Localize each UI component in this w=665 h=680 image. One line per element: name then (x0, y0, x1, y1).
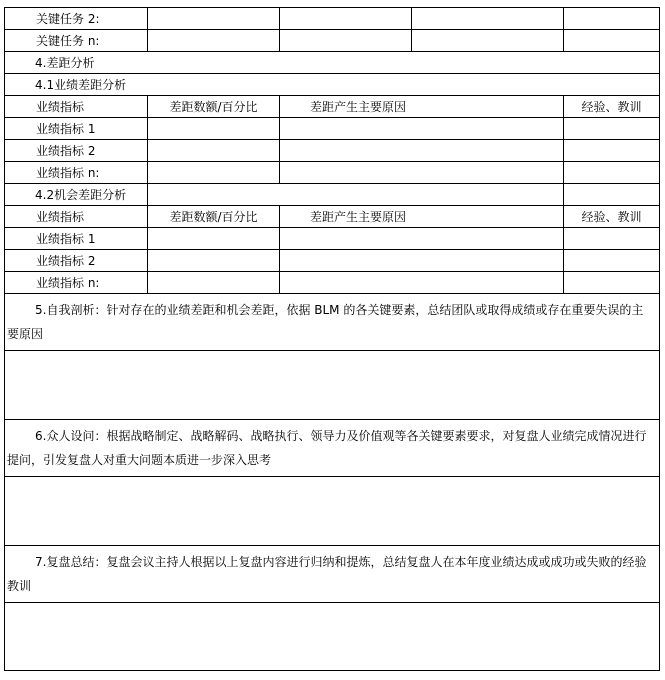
gap-reason-cell[interactable] (280, 118, 564, 140)
indicator-label: 业绩指标 1 (5, 118, 148, 140)
indicator-label: 业绩指标 n: (5, 272, 148, 294)
header-lessons: 经验、教训 (564, 96, 660, 118)
header-gap-amount: 差距数额/百分比 (148, 206, 280, 228)
header-indicator: 业绩指标 (5, 96, 148, 118)
subsection-heading-row: 4.1业绩差距分析 (5, 74, 660, 96)
table-row: 业绩指标 1 (5, 228, 660, 250)
table-row: 业绩指标 n: (5, 162, 660, 184)
key-task-label: 关键任务 n: (5, 30, 148, 52)
gap-amount-cell[interactable] (148, 272, 280, 294)
lessons-cell[interactable] (564, 250, 660, 272)
header-gap-reason: 差距产生主要原因 (280, 206, 564, 228)
gap-amount-cell[interactable] (148, 162, 280, 184)
table-header-row: 业绩指标 差距数额/百分比 差距产生主要原因 经验、教训 (5, 96, 660, 118)
section-6-row: 6.众人设问：根据战略制定、战略解码、战略执行、领导力及价值观等各关键要素要求，… (5, 420, 660, 477)
gap-amount-cell[interactable] (148, 228, 280, 250)
header-lessons: 经验、教训 (564, 206, 660, 228)
gap-reason-cell[interactable] (280, 228, 564, 250)
gap-reason-cell[interactable] (280, 140, 564, 162)
blank-cell (148, 184, 564, 206)
gap-amount-cell[interactable] (148, 250, 280, 272)
header-gap-amount: 差距数额/百分比 (148, 96, 280, 118)
section-7-prompt: 7.复盘总结：复盘会议主持人根据以上复盘内容进行归纳和提炼，总结复盘人在本年度业… (5, 546, 660, 603)
section-5-answer-row (5, 351, 660, 420)
section-heading-row: 4.差距分析 (5, 52, 660, 74)
subsection-heading-row: 4.2机会差距分析 (5, 184, 660, 206)
lessons-cell[interactable] (564, 272, 660, 294)
section-4-2-title: 4.2机会差距分析 (5, 184, 148, 206)
section-4-title: 4.差距分析 (5, 52, 660, 74)
gap-reason-cell[interactable] (280, 250, 564, 272)
lessons-cell[interactable] (564, 162, 660, 184)
blank-cell (564, 184, 660, 206)
key-task-cell[interactable] (412, 30, 564, 52)
indicator-label: 业绩指标 2 (5, 140, 148, 162)
indicator-label: 业绩指标 n: (5, 162, 148, 184)
table-header-row: 业绩指标 差距数额/百分比 差距产生主要原因 经验、教训 (5, 206, 660, 228)
header-indicator: 业绩指标 (5, 206, 148, 228)
section-4-1-title: 4.1业绩差距分析 (5, 74, 660, 96)
indicator-label: 业绩指标 2 (5, 250, 148, 272)
table-row: 业绩指标 1 (5, 118, 660, 140)
key-task-cell[interactable] (148, 8, 280, 30)
section-6-prompt: 6.众人设问：根据战略制定、战略解码、战略执行、领导力及价值观等各关键要素要求，… (5, 420, 660, 477)
section-5-prompt: 5.自我剖析：针对存在的业绩差距和机会差距，依据 BLM 的各关键要素，总结团队… (5, 294, 660, 351)
key-task-cell[interactable] (564, 30, 660, 52)
lessons-cell[interactable] (564, 140, 660, 162)
key-task-cell[interactable] (564, 8, 660, 30)
section-6-answer-area[interactable] (5, 477, 660, 546)
table-row: 业绩指标 n: (5, 272, 660, 294)
section-5-answer-area[interactable] (5, 351, 660, 420)
key-task-cell[interactable] (280, 8, 412, 30)
header-gap-reason: 差距产生主要原因 (280, 96, 564, 118)
section-5-row: 5.自我剖析：针对存在的业绩差距和机会差距，依据 BLM 的各关键要素，总结团队… (5, 294, 660, 351)
key-task-label: 关键任务 2: (5, 8, 148, 30)
key-task-cell[interactable] (412, 8, 564, 30)
section-6-answer-row (5, 477, 660, 546)
lessons-cell[interactable] (564, 228, 660, 250)
table-row: 业绩指标 2 (5, 140, 660, 162)
review-form-table: 关键任务 2: 关键任务 n: 4.差距分析 4.1业绩差距分析 业绩指标 差距… (4, 7, 660, 671)
gap-amount-cell[interactable] (148, 118, 280, 140)
gap-reason-cell[interactable] (280, 272, 564, 294)
key-task-cell[interactable] (280, 30, 412, 52)
gap-reason-cell[interactable] (280, 162, 564, 184)
section-7-answer-area[interactable] (5, 603, 660, 671)
table-row: 业绩指标 2 (5, 250, 660, 272)
key-task-row: 关键任务 2: (5, 8, 660, 30)
key-task-row: 关键任务 n: (5, 30, 660, 52)
section-7-answer-row (5, 603, 660, 671)
key-task-cell[interactable] (148, 30, 280, 52)
indicator-label: 业绩指标 1 (5, 228, 148, 250)
lessons-cell[interactable] (564, 118, 660, 140)
gap-amount-cell[interactable] (148, 140, 280, 162)
section-7-row: 7.复盘总结：复盘会议主持人根据以上复盘内容进行归纳和提炼，总结复盘人在本年度业… (5, 546, 660, 603)
